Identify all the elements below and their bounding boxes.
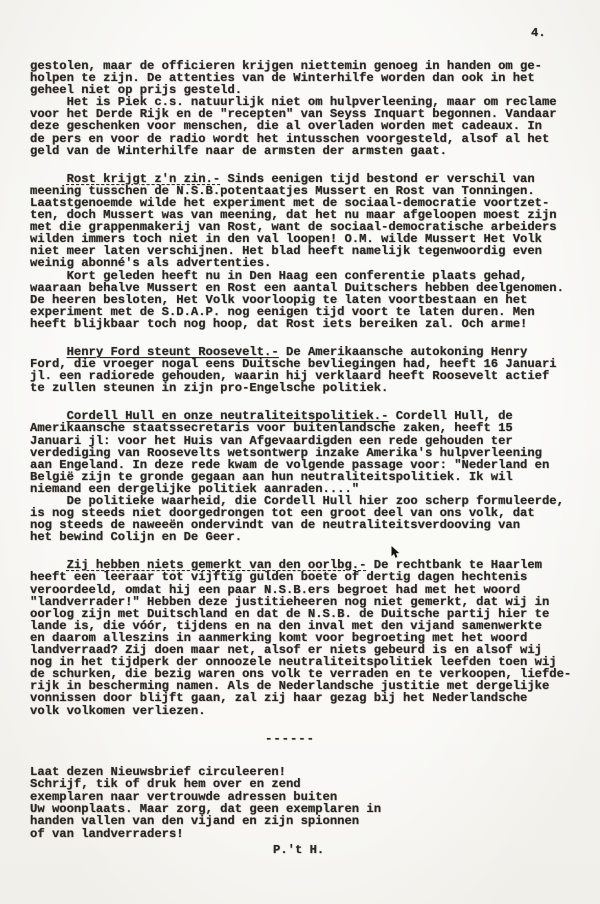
paragraph-body: gestolen, maar de officieren krijgen nie… — [30, 59, 557, 158]
paragraph-body: De rechtbank te Haarlem heeft een leeraa… — [30, 558, 571, 717]
signature: P.'t H. — [30, 844, 588, 856]
paragraph-rost: Rost krijgt z'n zin.- Sinds eenigen tijd… — [30, 173, 588, 330]
paragraph-body: Cordell Hull, de Amerikaansche staatssec… — [30, 409, 564, 544]
footer-circulation-notice: Laat dezen Nieuwsbrief circuleeren! Schr… — [30, 766, 588, 840]
paragraph-henry-ford: Henry Ford steunt Roosevelt.- De Amerika… — [30, 346, 588, 394]
section-separator: ------ — [30, 733, 588, 745]
page-content: gestolen, maar de officieren krijgen nie… — [30, 60, 588, 856]
paragraph-cordell-hull: Cordell Hull en onze neutraliteitspoliti… — [30, 410, 588, 543]
page-number: 4. — [531, 27, 546, 39]
typewritten-newsletter-page: 4. gestolen, maar de officieren krijgen … — [0, 0, 600, 904]
paragraph-winterhilfe: gestolen, maar de officieren krijgen nie… — [30, 60, 588, 157]
mouse-cursor-icon — [391, 546, 401, 559]
paragraph-oorlog: Zij hebben niets gemerkt van den oorlbg.… — [30, 559, 588, 716]
paragraph-body: Sinds eenigen tijd bestond er verschil v… — [30, 172, 564, 331]
